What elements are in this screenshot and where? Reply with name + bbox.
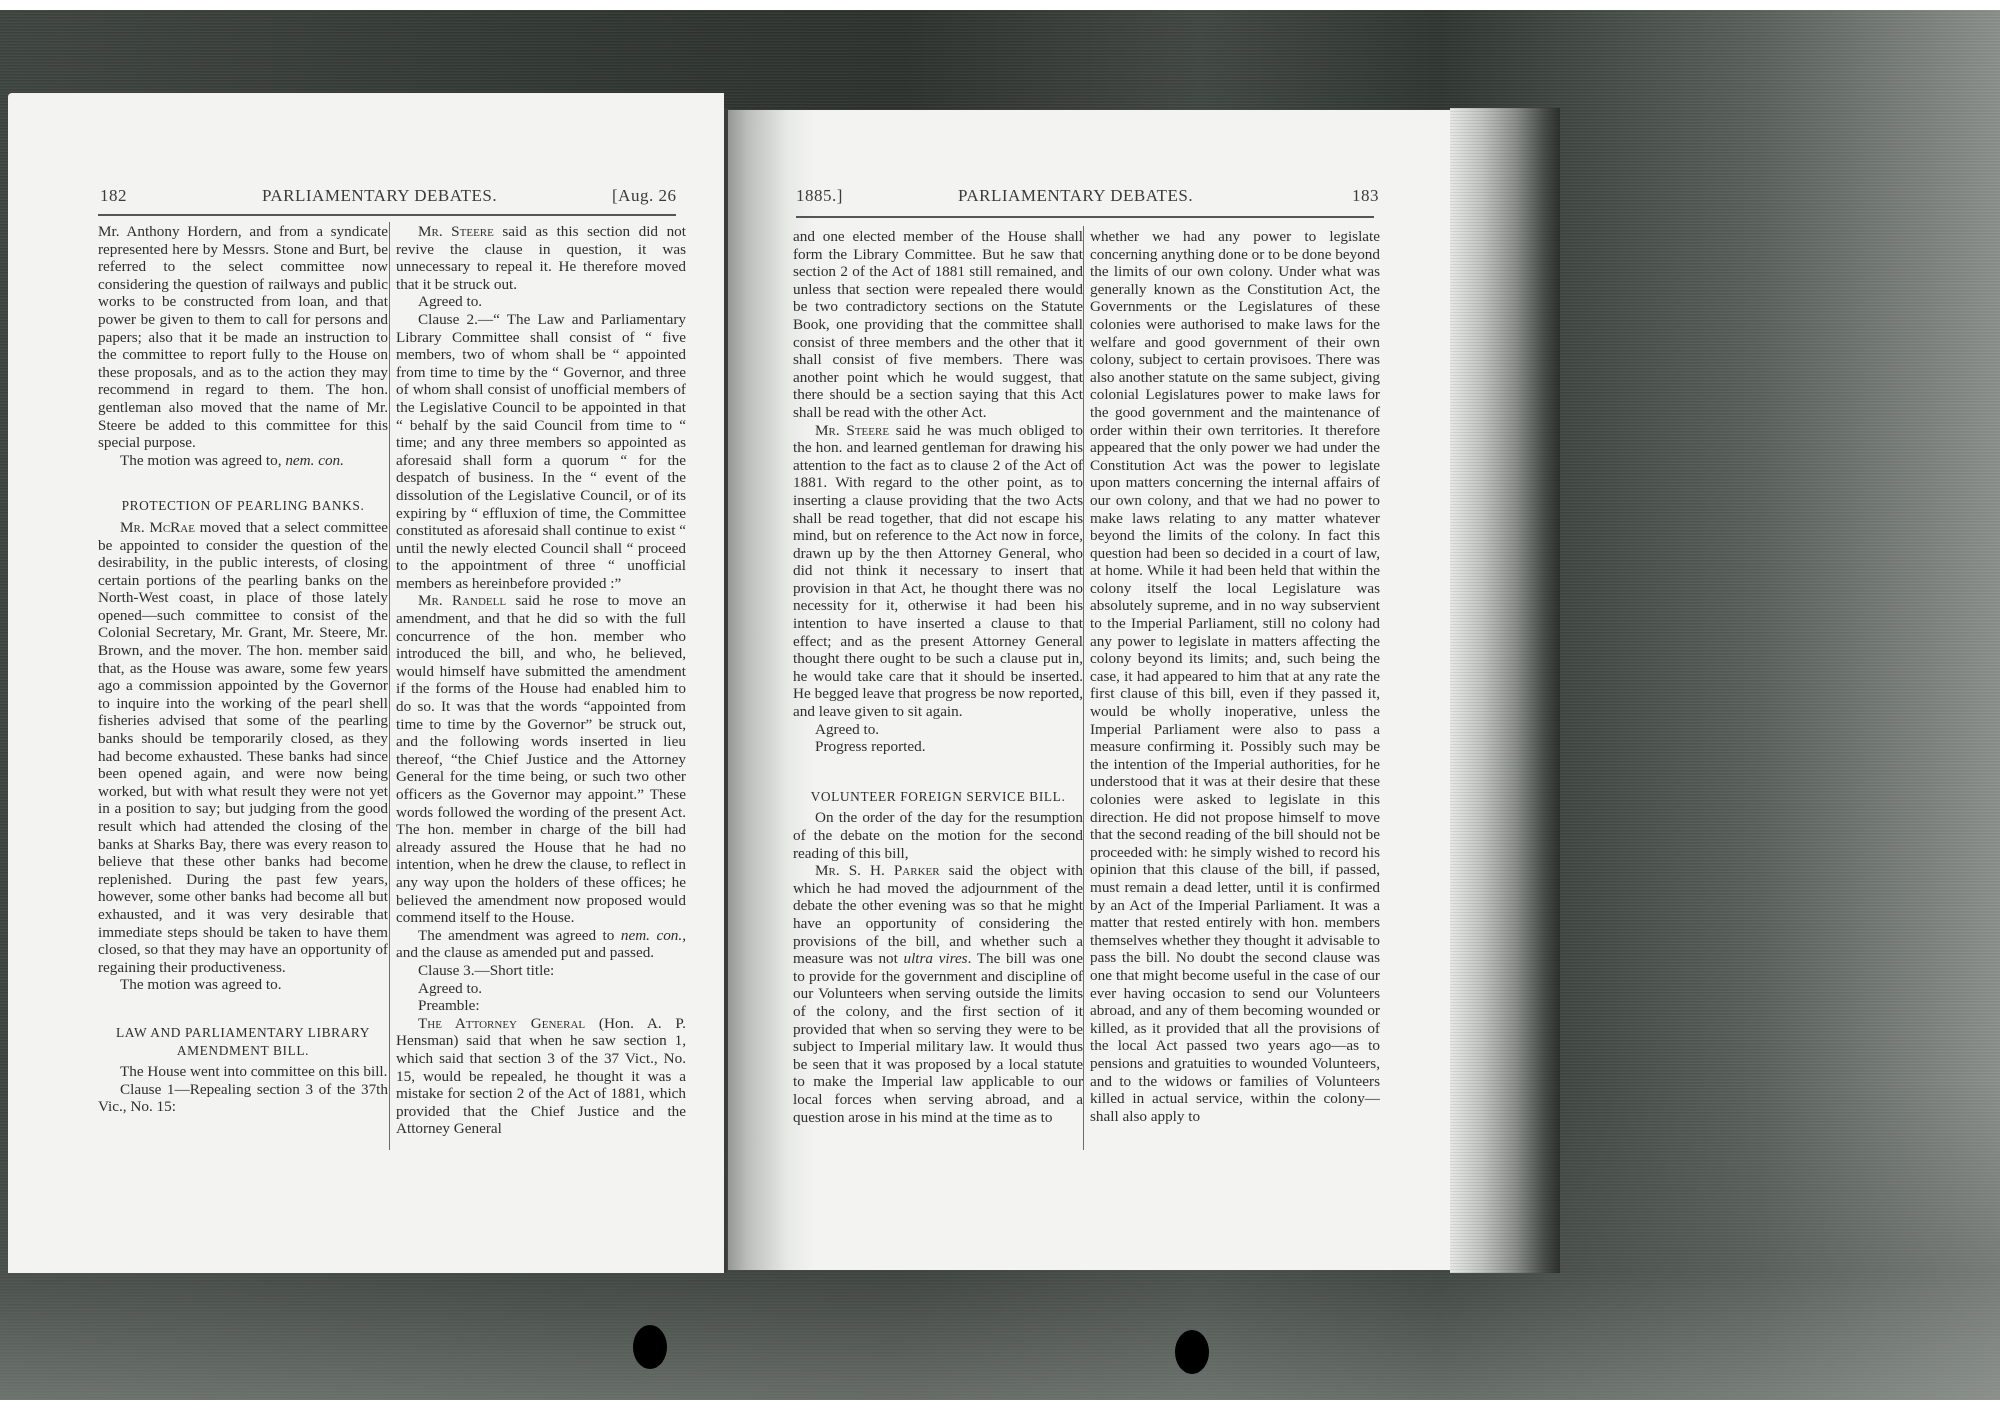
running-title-left: PARLIAMENTARY DEBATES. — [262, 186, 497, 206]
paragraph: Clause 3.—Short title: — [396, 962, 686, 980]
paragraph: Mr. S. H. Parker said the object with wh… — [793, 862, 1083, 1126]
paragraph: The motion was agreed to. — [98, 976, 388, 994]
book-fore-edge — [1450, 108, 1560, 1273]
speaker-name: Mr. S. H. Parker — [815, 862, 940, 879]
paragraph: The amendment was agreed to nem. con., a… — [396, 927, 686, 962]
page-number-right: 183 — [1352, 186, 1379, 206]
paragraph: Mr. Steere said as this section did not … — [396, 223, 686, 293]
speaker-name: Mr. Steere — [418, 223, 494, 240]
quoted-clause: Clause 2.—“ The Law and Parliamentary Li… — [396, 311, 686, 593]
paragraph: The motion was agreed to, nem. con. — [98, 452, 388, 470]
right-column-1: and one elected member of the House shal… — [793, 228, 1083, 1126]
paragraph: whether we had any power to legislate co… — [1090, 228, 1380, 1125]
paragraph: Preamble: — [396, 997, 686, 1015]
paragraph: Agreed to. — [793, 721, 1083, 739]
running-date-left: [Aug. 26 — [612, 186, 676, 206]
column-rule-left — [389, 222, 390, 1150]
speaker-name: Mr. Randell — [418, 592, 506, 609]
paragraph: The Attorney General (Hon. A. P. Hensman… — [396, 1015, 686, 1138]
paragraph: Mr. McRae moved that a select committee … — [98, 519, 388, 976]
header-rule-right — [796, 216, 1374, 218]
paragraph: Clause 1—Repealing section 3 of the 37th… — [98, 1081, 388, 1116]
gutter-line — [724, 108, 727, 1273]
section-heading: PROTECTION OF PEARLING BANKS. — [98, 497, 388, 515]
speaker-name: Mr. Steere — [815, 422, 889, 439]
speaker-name: The Attorney General — [418, 1015, 585, 1032]
column-rule-right — [1083, 226, 1084, 1150]
left-column-1: Mr. Anthony Hordern, and from a syndicat… — [98, 223, 388, 1116]
left-column-2: Mr. Steere said as this section did not … — [396, 223, 686, 1138]
running-title-right: PARLIAMENTARY DEBATES. — [958, 186, 1193, 206]
page-number-left: 182 — [100, 186, 127, 206]
paragraph: and one elected member of the House shal… — [793, 228, 1083, 422]
section-heading: VOLUNTEER FOREIGN SERVICE BILL. — [793, 788, 1083, 806]
speaker-name: Mr. McRae — [120, 519, 195, 536]
running-date-right: 1885.] — [796, 186, 843, 206]
punch-hole-left — [633, 1325, 667, 1369]
paragraph: Progress reported. — [793, 738, 1083, 756]
paragraph: Mr. Randell said he rose to move an amen… — [396, 592, 686, 926]
paragraph: Mr. Steere said he was much obliged to t… — [793, 422, 1083, 721]
paragraph: Agreed to. — [396, 980, 686, 998]
paragraph: On the order of the day for the resumpti… — [793, 809, 1083, 862]
right-column-2: whether we had any power to legislate co… — [1090, 228, 1380, 1125]
paragraph: The House went into committee on this bi… — [98, 1063, 388, 1081]
paragraph: Agreed to. — [396, 293, 686, 311]
section-heading: LAW AND PARLIAMENTARY LIBRARY AMENDMENT … — [98, 1024, 388, 1059]
punch-hole-right — [1175, 1330, 1209, 1374]
header-rule-left — [98, 214, 676, 216]
paragraph: Mr. Anthony Hordern, and from a syndicat… — [98, 223, 388, 452]
